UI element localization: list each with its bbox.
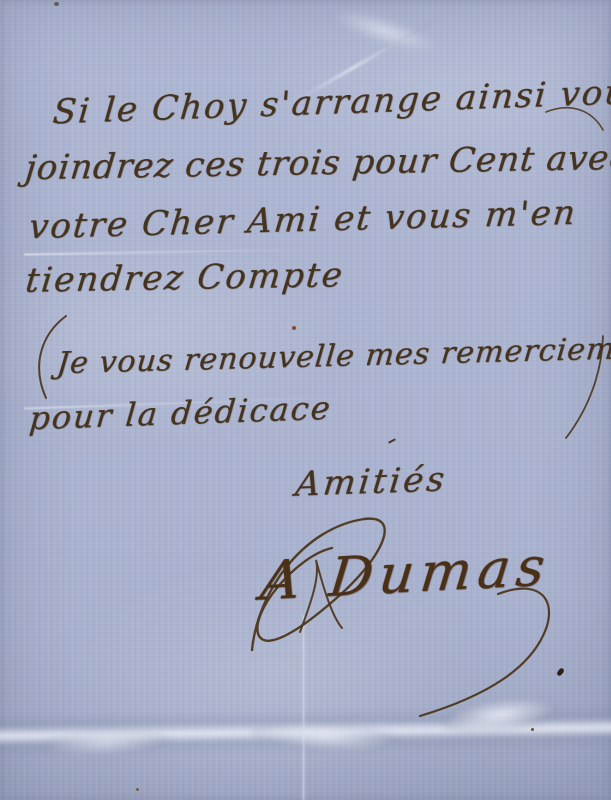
letter-line-6: pour la dédicace (28, 389, 334, 437)
letter-page: Si le Choy s'arrange ainsi vous joindrez… (0, 0, 611, 800)
letter-line-3: votre Cher Ami et vous m'en (27, 193, 579, 247)
handwriting-layer: Si le Choy s'arrange ainsi vous joindrez… (0, 0, 611, 800)
letter-line-1: Si le Choy s'arrange ainsi vous (51, 72, 611, 133)
letter-line-2: joindrez ces trois pour Cent avec (23, 138, 611, 189)
letter-line-5: Je vous renouvelle mes remerciements (55, 330, 611, 381)
letter-line-4: tiendrez Compte (24, 255, 347, 301)
valediction: Amitiés (294, 459, 450, 504)
signature: A Dumas (258, 535, 554, 613)
